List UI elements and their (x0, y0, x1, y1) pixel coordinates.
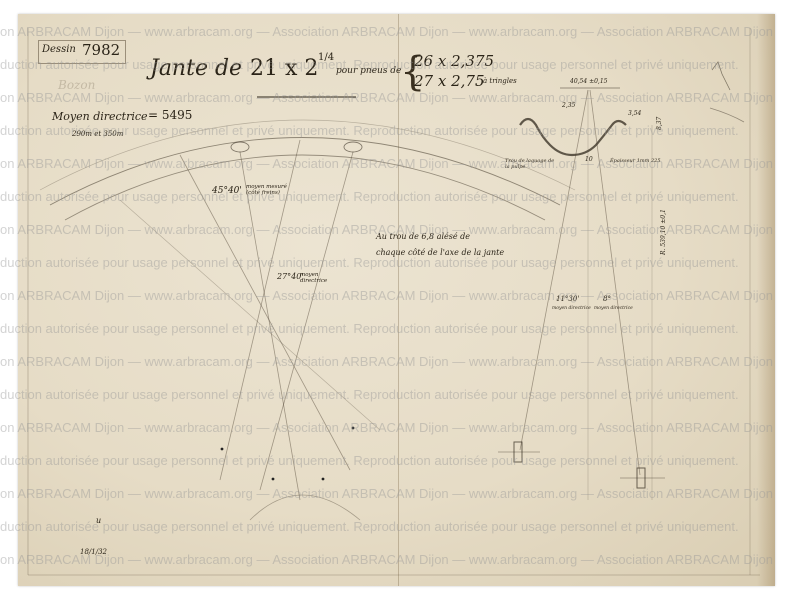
moyen-directrice-value: = 5495 (148, 108, 192, 122)
moyen-directrice-label: Moyen directrice (52, 110, 148, 123)
rayons-note: 290m et 350m (72, 130, 123, 138)
tire-note: à tringles (483, 77, 517, 85)
title-prefix: Jante de (150, 56, 242, 81)
faded-stamp: Bozon (58, 78, 95, 92)
center-note-line-1: Au trou de 6,8 alésé de (376, 232, 470, 241)
tire-size-2: 27 x 2,75 (414, 72, 484, 90)
angle-4-note: moyen directrice (594, 306, 633, 311)
center-note-line-2: chaque côté de l'axe de la jante (376, 248, 504, 257)
title-size: 21 x 2 (250, 56, 318, 81)
angle-3-note: moyen directrice (552, 306, 591, 311)
bottom-mark: u (96, 516, 101, 525)
tire-size-1: 26 x 2,375 (414, 52, 494, 70)
angle-2-note: moyen directrice (300, 272, 340, 284)
angle-1-note: moyen mesuré (côté freins) (246, 184, 301, 196)
title-suffix: pour pneus de (336, 66, 401, 76)
dim-right-label: Épaisseur 1mm 225 (610, 158, 661, 164)
dim-vertical: 8,37 (656, 117, 663, 130)
angle-3: 11°30' (556, 295, 579, 303)
drawing-date: 18/1/32 (80, 548, 107, 556)
angle-4: 8° (603, 295, 611, 303)
dim-right: 3,54 (628, 110, 641, 117)
technical-drawing-lines (0, 0, 795, 600)
angle-1: 45°40' (212, 186, 242, 196)
profile-width-dim: 40,54 ±0,15 (570, 78, 607, 85)
dim-side-vertical: R. 539,10 ±0,1 (660, 209, 667, 255)
dessin-label: Dessin (42, 44, 76, 55)
drawing-number: 7982 (82, 41, 120, 59)
dim-small: 2,35 (562, 102, 575, 109)
dim-left-label: Trou de laquage de la pulpe (505, 158, 560, 170)
dim-center: 10 (585, 156, 593, 163)
title-fraction: 1/4 (318, 52, 334, 63)
